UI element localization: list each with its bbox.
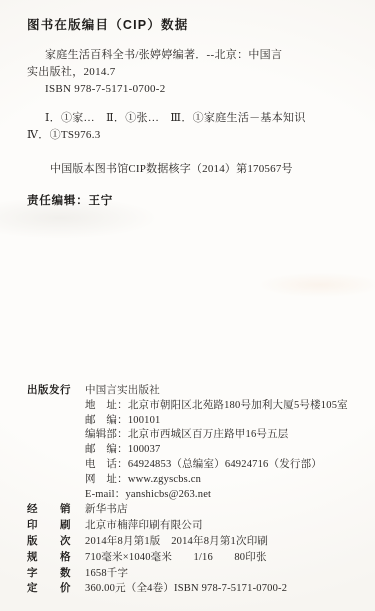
printer-label: 印 刷 [27,518,75,533]
website-label: 网 址： [85,474,128,485]
format-value: 710毫米×1040毫米 1/16 80印张 [85,551,267,566]
printer-row: 印 刷 北京市楠萍印刷有限公司 [27,518,369,534]
price-value: 360.00元（全4卷）ISBN 978-7-5171-0700-2 [85,582,287,597]
editorial-dept-value: 北京市西城区百万庄路甲16号五层 [128,429,289,440]
colophon-block: 出版发行 中国言实出版社 地 址：北京市朝阳区北苑路180号加利大厦5号楼105… [27,383,369,597]
postcode-value-2: 100037 [128,444,161,455]
address-label: 地 址： [85,400,128,411]
price-row: 定 价 360.00元（全4卷）ISBN 978-7-5171-0700-2 [27,581,369,597]
distribution-label: 经 销 [27,502,75,517]
publisher-address-line: 地 址：北京市朝阳区北苑路180号加利大厦5号楼105室 [27,399,369,414]
format-row: 规 格 710毫米×1040毫米 1/16 80印张 [27,550,369,566]
format-label: 规 格 [27,550,75,565]
cip-publisher-line: 实出版社，2014.7 [27,64,367,81]
website-value: www.zgyscbs.cn [128,474,201,485]
postcode-line-1: 邮 编：100101 [27,414,369,429]
cip-title-line: 家庭生活百科全书/张婷婷编著．--北京：中国言 [27,47,367,64]
distribution-row: 经 销 新华书店 [27,502,369,518]
cip-record-number: 中国版本图书馆CIP数据核字（2014）第170567号 [27,161,367,178]
email-label: E-mail： [85,489,125,500]
edition-label: 版 次 [27,534,75,549]
publisher-row-label: 出版发行 [27,383,75,398]
book-copyright-page: 图书在版编目（CIP）数据 家庭生活百科全书/张婷婷编著．--北京：中国言 实出… [0,0,375,611]
printer-value: 北京市楠萍印刷有限公司 [85,519,203,534]
responsible-editor-label: 责任编辑： [27,195,89,207]
postcode-label-2: 邮 编： [85,444,128,455]
postcode-line-2: 邮 编：100037 [27,443,369,458]
postcode-label-1: 邮 编： [85,415,128,426]
cip-isbn-line: ISBN 978-7-5171-0700-2 [27,81,367,98]
phone-value: 64924853（总编室）64924716（发行部） [128,459,322,470]
email-value: yanshicbs@263.net [125,489,211,500]
postcode-value-1: 100101 [128,415,161,426]
phone-label: 电 话： [85,459,128,470]
word-count-label: 字 数 [27,566,75,581]
website-line: 网 址：www.zgyscbs.cn [27,473,369,488]
editorial-dept-label: 编辑部： [85,429,128,440]
publisher-row-value: 中国言实出版社 [85,384,160,399]
word-count-value: 1658千字 [85,567,128,582]
responsible-editor-line: 责任编辑：王宁 [27,193,367,210]
publisher-row: 出版发行 中国言实出版社 [27,383,369,399]
address-value: 北京市朝阳区北苑路180号加利大厦5号楼105室 [128,400,348,411]
phone-line: 电 话：64924853（总编室）64924716（发行部） [27,458,369,473]
word-count-row: 字 数 1658千字 [27,566,369,582]
price-label: 定 价 [27,581,75,596]
edition-row: 版 次 2014年8月第1版 2014年8月第1次印刷 [27,534,369,550]
email-line: E-mail：yanshicbs@263.net [27,488,369,503]
cip-classification-line-2: Ⅳ．①TS976.3 [27,127,367,144]
distribution-value: 新华书店 [85,503,128,518]
editorial-dept-line: 编辑部：北京市西城区百万庄路甲16号五层 [27,428,369,443]
cip-data-block: 图书在版编目（CIP）数据 家庭生活百科全书/张婷婷编著．--北京：中国言 实出… [27,17,367,210]
edition-value: 2014年8月第1版 2014年8月第1次印刷 [85,535,268,550]
responsible-editor-name: 王宁 [89,195,114,207]
cip-heading: 图书在版编目（CIP）数据 [27,17,367,34]
cip-classification-line-1: Ⅰ．①家… Ⅱ．①张… Ⅲ．①家庭生活－基本知识 [27,110,367,127]
